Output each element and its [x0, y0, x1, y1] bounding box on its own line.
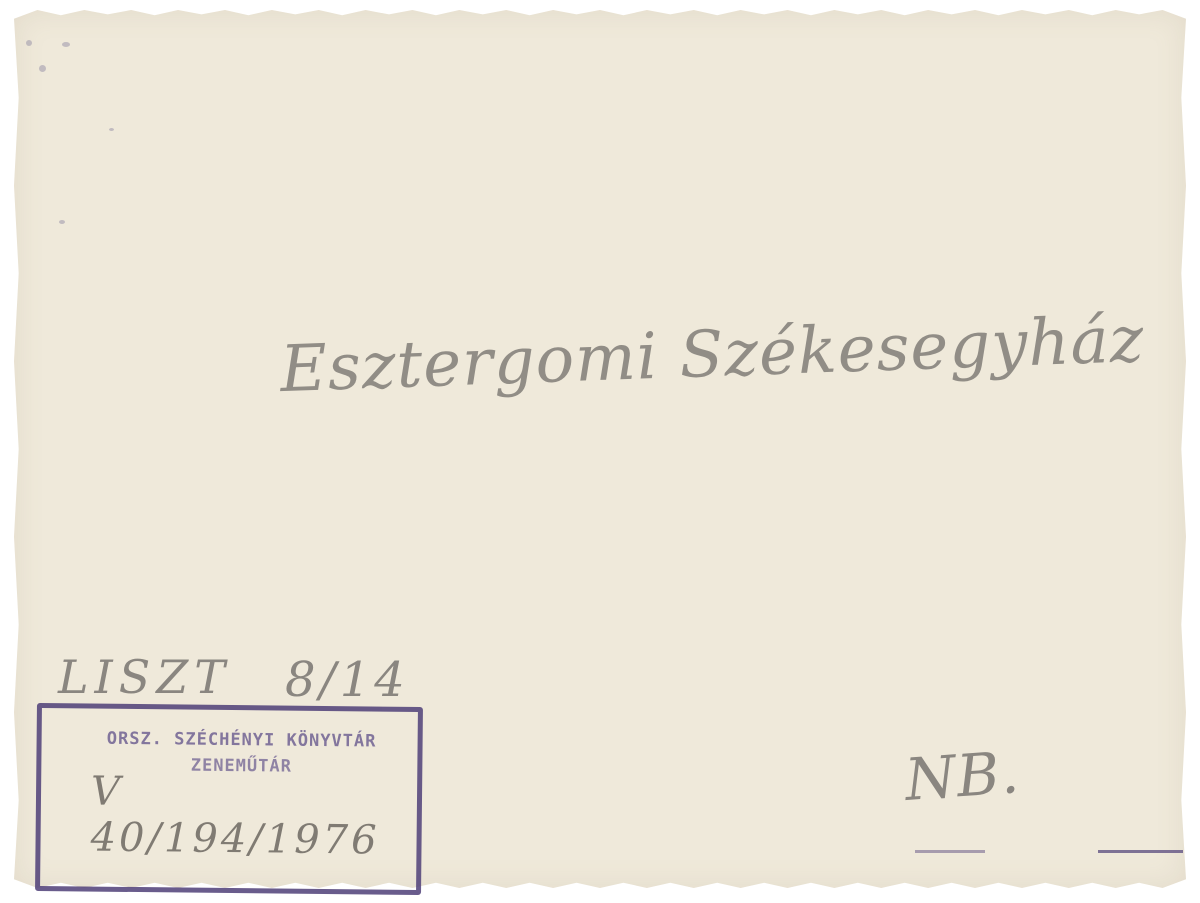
- stamp-institution: ORSZ. SZÉCHÉNYI KÖNYVTÁR: [82, 728, 402, 751]
- ink-speckle: [62, 42, 70, 47]
- ink-speckle: [59, 220, 65, 224]
- library-stamp: ORSZ. SZÉCHÉNYI KÖNYVTÁR ZENEMŰTÁR V 40/…: [35, 703, 423, 895]
- ink-speckle: [109, 128, 114, 131]
- initials-signature: NB.: [903, 738, 1022, 814]
- ink-smudge: [915, 850, 985, 853]
- collection-note: LISZT: [58, 650, 231, 704]
- ink-speckle: [26, 40, 32, 46]
- item-number-note: 8/14: [285, 652, 409, 708]
- ink-speckle: [39, 65, 46, 72]
- accession-number: V 40/194/1976: [90, 769, 417, 864]
- ink-smudge: [1098, 850, 1183, 853]
